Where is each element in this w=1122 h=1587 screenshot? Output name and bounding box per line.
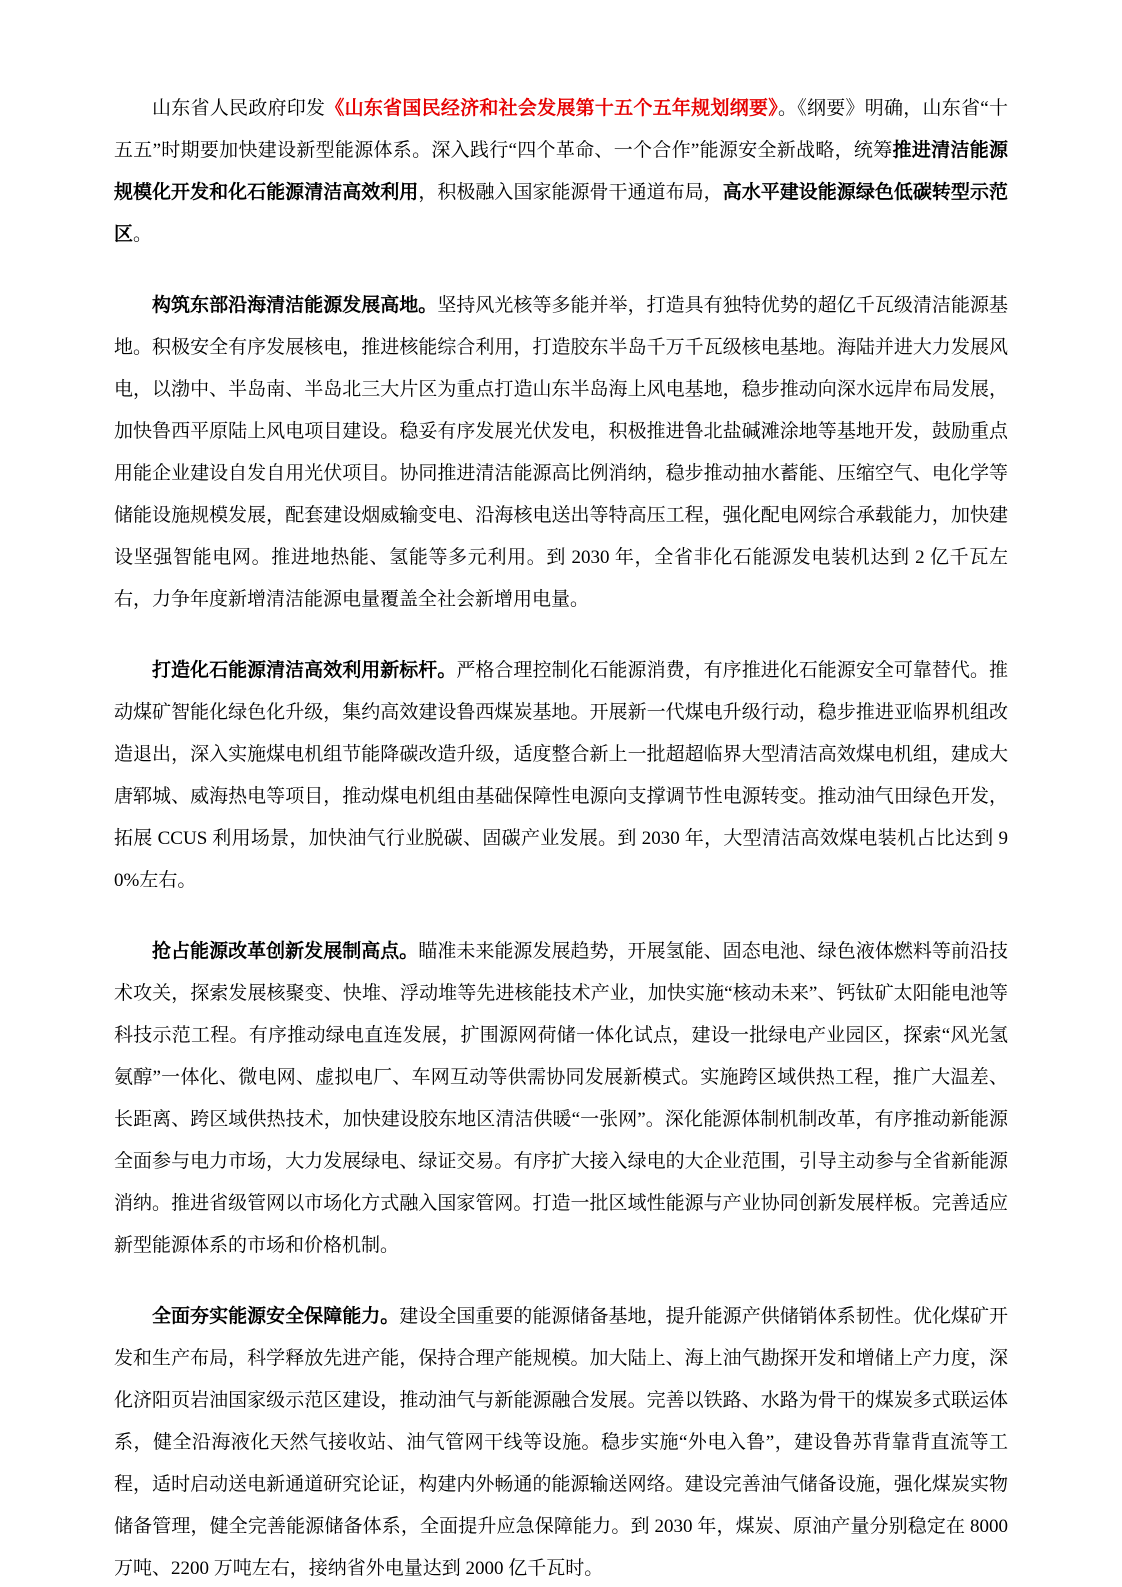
body-text-run: 严格合理控制化石能源消费，有序推进化石能源安全可靠替代。推动煤矿智能化绿色化升级…	[114, 660, 1008, 891]
paragraph-energy-security: 全面夯实能源安全保障能力。建设全国重要的能源储备基地，提升能源产供储销体系韧性。…	[114, 1296, 1008, 1587]
body-text-run: 。	[133, 224, 152, 245]
paragraph-clean-energy: 构筑东部沿海清洁能源发展高地。坚持风光核等多能并举，打造具有独特优势的超亿千瓦级…	[114, 285, 1008, 621]
section-heading: 构筑东部沿海清洁能源发展高地。	[152, 295, 437, 316]
paragraph-innovation: 抢占能源改革创新发展制高点。瞄准未来能源发展趋势，开展氢能、固态电池、绿色液体燃…	[114, 931, 1008, 1267]
section-heading: 全面夯实能源安全保障能力。	[152, 1306, 399, 1327]
section-heading: 打造化石能源清洁高效利用新标杆。	[152, 660, 456, 681]
body-text-run: 建设全国重要的能源储备基地，提升能源产供储销体系韧性。优化煤矿开发和生产布局，科…	[114, 1306, 1008, 1579]
paragraph-fossil-energy: 打造化石能源清洁高效利用新标杆。严格合理控制化石能源消费，有序推进化石能源安全可…	[114, 650, 1008, 902]
section-heading: 抢占能源改革创新发展制高点。	[152, 941, 418, 962]
body-text-run: 瞄准未来能源发展趋势，开展氢能、固态电池、绿色液体燃料等前沿技术攻关，探索发展核…	[114, 941, 1008, 1256]
body-text-run: 坚持风光核等多能并举，打造具有独特优势的超亿千瓦级清洁能源基地。积极安全有序发展…	[114, 295, 1008, 610]
body-text-run: ，积极融入国家能源骨干通道布局，	[418, 182, 722, 203]
plan-title-red: 《山东省国民经济和社会发展第十五个五年规划纲要》	[325, 98, 778, 119]
document-page: 山东省人民政府印发《山东省国民经济和社会发展第十五个五年规划纲要》。《纲要》明确…	[0, 0, 1122, 1587]
paragraph-intro: 山东省人民政府印发《山东省国民经济和社会发展第十五个五年规划纲要》。《纲要》明确…	[114, 88, 1008, 256]
body-text-run: 山东省人民政府印发	[152, 98, 325, 119]
